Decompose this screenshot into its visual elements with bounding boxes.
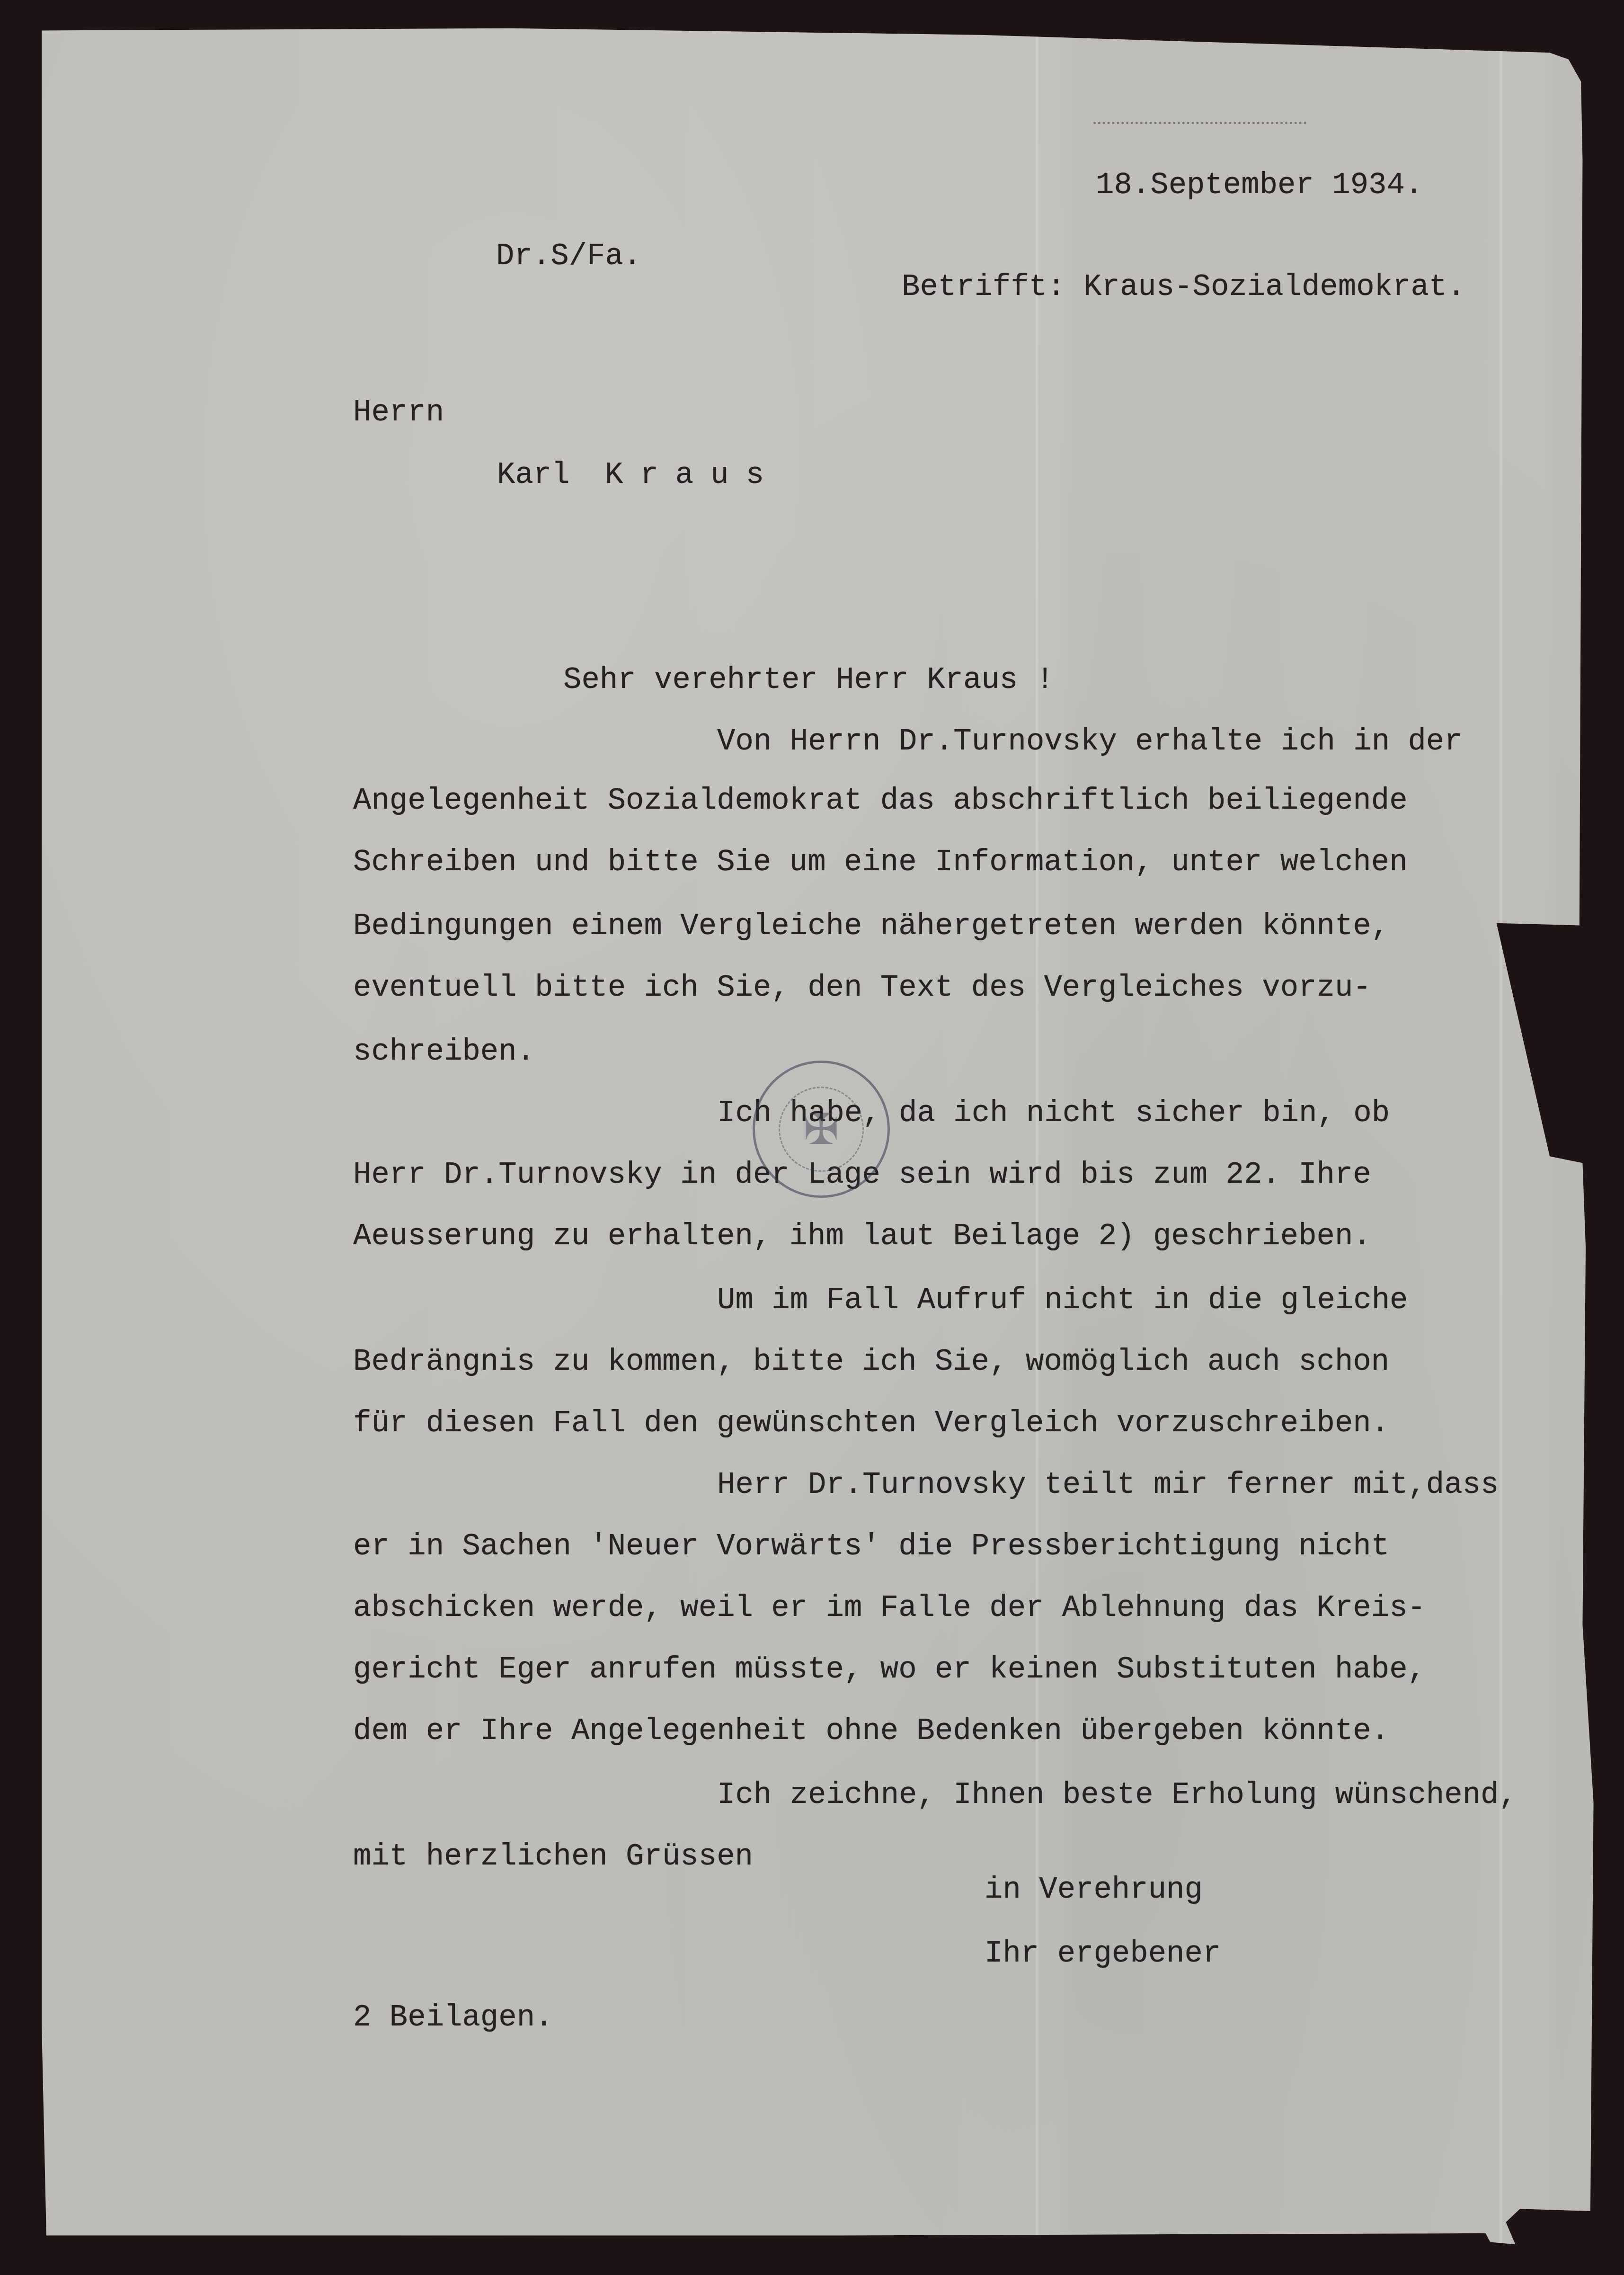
letter-date: 18.September 1934. [1096,170,1423,201]
body-line: schreiben. [353,1037,535,1067]
body-line: Bedingungen einem Vergleiche nähergetret… [353,911,1389,942]
reference-initials: Dr.S/Fa. [496,241,641,272]
body-line: für diesen Fall den gewünschten Vergleic… [353,1409,1389,1439]
paper-crease [1500,26,1502,2247]
recipient-title: Herrn [353,398,444,428]
body-line: Herr Dr.Turnovsky teilt mir ferner mit,d… [717,1470,1499,1500]
body-line: gericht Eger anrufen müsste, wo er keine… [353,1655,1426,1685]
recipient-first-name: Karl [497,458,570,492]
recipient-name: Karl Kraus [497,460,781,491]
body-line: Bedrängnis zu kommen, bitte ich Sie, wom… [353,1347,1389,1377]
body-line: abschicken werde, weil er im Falle der A… [353,1593,1426,1624]
official-stamp: ✠ [753,1061,890,1198]
recipient-last-name: Kraus [570,458,781,492]
subject-line: Betrifft: Kraus-Sozialdemokrat. [902,272,1465,303]
stray-typing-marks [1093,122,1306,126]
body-line: Von Herrn Dr.Turnovsky erhalte ich in de… [717,727,1463,757]
greeting: Sehr verehrter Herr Kraus ! [563,665,1054,696]
paper-crease [1036,26,1038,2247]
body-line: dem er Ihre Angelegenheit ohne Bedenken … [353,1716,1389,1747]
body-line: eventuell bitte ich Sie, den Text des Ve… [353,973,1371,1003]
body-line: Aeusserung zu erhalten, ihm laut Beilage… [353,1222,1371,1252]
body-line: Um im Fall Aufruf nicht in die gleiche [717,1285,1408,1316]
body-line: Angelegenheit Sozialdemokrat das abschri… [353,786,1408,816]
closing-line: in Verehrung [985,1875,1203,1905]
body-line: mit herzlichen Grüssen [353,1842,753,1872]
body-line: er in Sachen 'Neuer Vorwärts' die Pressb… [353,1532,1389,1562]
enclosures-note: 2 Beilagen. [353,2003,553,2033]
closing-signature-line: Ihr ergebener [985,1939,1221,1969]
eagle-seal-icon: ✠ [803,1105,839,1154]
body-line: Ich zeichne, Ihnen beste Erholung wünsch… [717,1780,1517,1811]
body-line: Schreiben und bitte Sie um eine Informat… [353,848,1408,878]
